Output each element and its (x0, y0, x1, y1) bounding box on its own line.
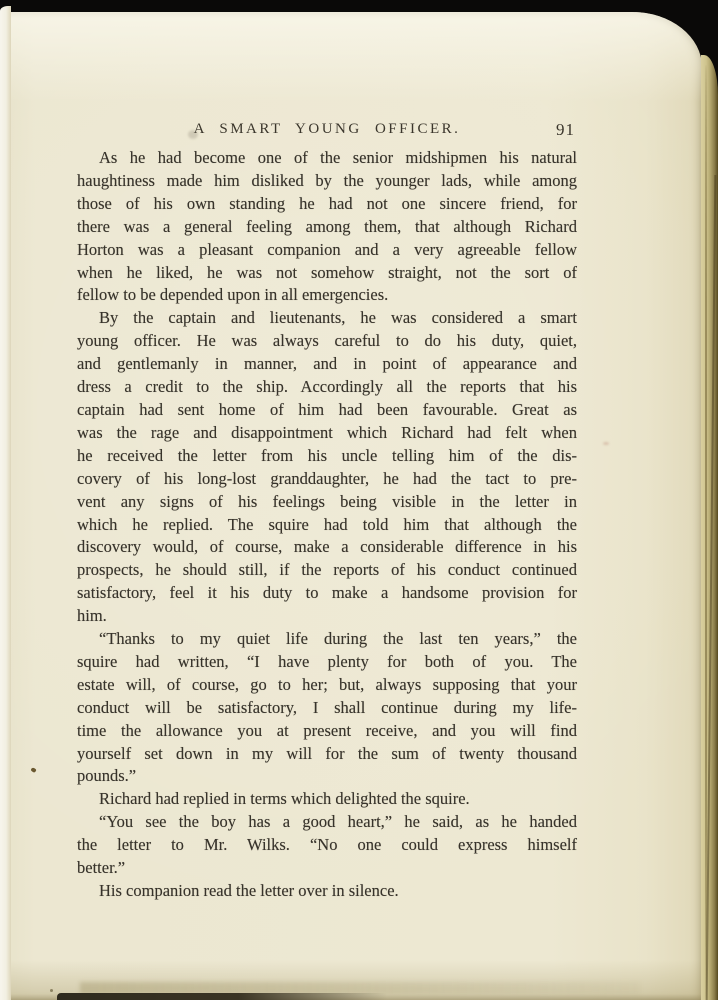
text-line: discovery would, of course, make a consi… (77, 536, 577, 559)
ink-speck (50, 989, 53, 992)
page-number: 91 (556, 120, 575, 140)
text-line: As he had become one of the senior midsh… (77, 147, 577, 170)
text-line: he received the letter from his uncle te… (77, 445, 577, 468)
text-line: there was a general feeling among them, … (77, 216, 577, 239)
text-line: conduct will be satisfactory, I shall co… (77, 697, 577, 720)
scanned-book-page: A SMART YOUNG OFFICER. 91 As he had beco… (0, 0, 718, 1000)
text-line: the letter to Mr. Wilks. “No one could e… (77, 834, 577, 857)
running-title: A SMART YOUNG OFFICER. (77, 121, 577, 138)
text-line: “You see the boy has a good heart,” he s… (77, 811, 577, 834)
text-line: captain had sent home of him had been fa… (77, 399, 577, 422)
right-stacked-page-edges (701, 55, 718, 1000)
left-page-edge (0, 6, 11, 1000)
text-line: “Thanks to my quiet life during the last… (77, 628, 577, 651)
text-line: time the allowance you at present receiv… (77, 720, 577, 743)
text-line: better.” (77, 857, 577, 880)
text-line: His companion read the letter over in si… (77, 880, 577, 903)
text-line: which he replied. The squire had told hi… (77, 514, 577, 537)
page-header: A SMART YOUNG OFFICER. 91 (77, 121, 577, 141)
text-line: covery of his long-lost granddaughter, h… (77, 468, 577, 491)
text-line: him. (77, 605, 577, 628)
text-line: prospects, he should still, if the repor… (77, 559, 577, 582)
text-line: Horton was a pleasant companion and a ve… (77, 239, 577, 262)
text-line: those of his own standing he had not one… (77, 193, 577, 216)
smudge-mark (188, 130, 198, 139)
text-line: fellow to be depended upon in all emerge… (77, 284, 577, 307)
next-page-sliver (57, 993, 387, 1000)
text-line: vent any signs of his feelings being vis… (77, 491, 577, 514)
text-line: dress a credit to the ship. Accordingly … (77, 376, 577, 399)
text-line: was the rage and disappointment which Ri… (77, 422, 577, 445)
text-line: young officer. He was always careful to … (77, 330, 577, 353)
text-line: and gentlemanly in manner, and in point … (77, 353, 577, 376)
text-line: yourself set down in my will for the sum… (77, 743, 577, 766)
text-line: pounds.” (77, 765, 577, 788)
scan-artifact (603, 442, 609, 445)
text-line: satisfactory, feel it his duty to make a… (77, 582, 577, 605)
text-line: estate will, of course, go to her; but, … (77, 674, 577, 697)
text-line: squire had written, “I have plenty for b… (77, 651, 577, 674)
text-line: haughtiness made him disliked by the you… (77, 170, 577, 193)
text-line: Richard had replied in terms which delig… (77, 788, 577, 811)
text-line: By the captain and lieutenants, he was c… (77, 307, 577, 330)
page-text: As he had become one of the senior midsh… (77, 147, 577, 903)
text-line: when he liked, he was not somehow straig… (77, 262, 577, 285)
